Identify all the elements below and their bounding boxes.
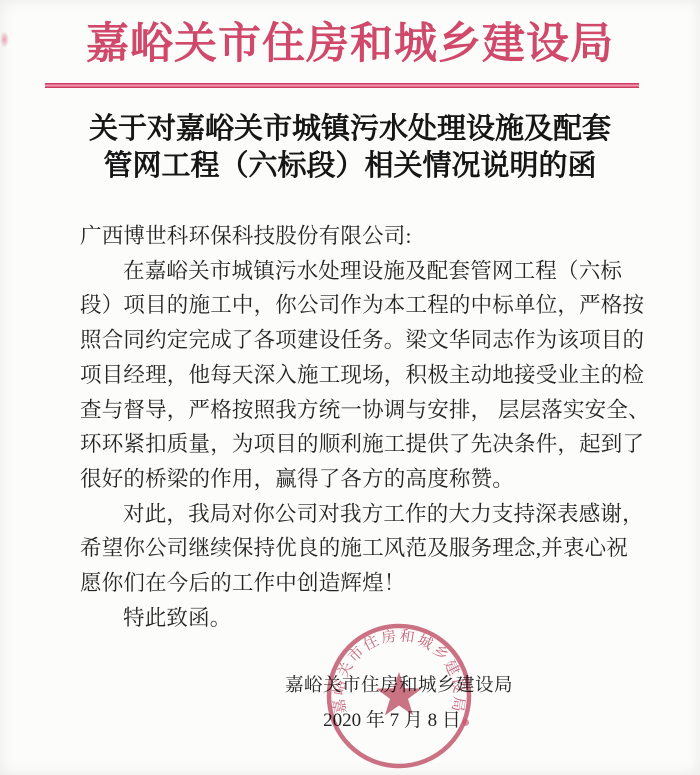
- official-seal-graphic: 嘉峪关市住房和城乡建设局: [323, 620, 475, 772]
- body-line: 广西博世科环保科技股份有限公司:: [80, 219, 620, 254]
- official-letter-page: 嘉峪关市住房和城乡建设局 关于对嘉峪关市城镇污水处理设施及配套 管网工程（六标段…: [0, 0, 700, 775]
- body-line: 很好的桥梁的作用，赢得了各方的高度称赞。: [80, 462, 620, 497]
- document-title-line2: 管网工程（六标段）相关情况说明的函: [0, 148, 700, 185]
- body-line: 希望你公司继续保持优良的施工风范及服务理念,并衷心祝: [80, 531, 620, 566]
- agency-header-title: 嘉峪关市住房和城乡建设局: [0, 0, 700, 68]
- body-line: 照合同约定完成了各项建设任务。梁文华同志作为该项目的: [80, 323, 620, 358]
- official-seal: 嘉峪关市住房和城乡建设局: [323, 620, 475, 772]
- stamp-speckle: [462, 719, 469, 726]
- body-line: 在嘉峪关市城镇污水处理设施及配套管网工程（六标: [80, 254, 620, 289]
- body-line: 愿你们在今后的工作中创造辉煌！: [80, 566, 620, 601]
- scan-smudge: [0, 31, 9, 48]
- seal-star-icon: [376, 672, 422, 715]
- body-line: 查与督导，严格按照我方统一协调与安排， 层层落实安全、: [80, 393, 620, 428]
- document-title-line1: 关于对嘉峪关市城镇污水处理设施及配套: [0, 111, 700, 148]
- body-line: 对此，我局对你公司对我方工作的大力支持深表感谢，: [80, 497, 620, 532]
- body-line: 环环紧扣质量，为项目的顺利施工提供了先决条件，起到了: [80, 427, 620, 462]
- body-text: 广西博世科环保科技股份有限公司:在嘉峪关市城镇污水处理设施及配套管网工程（六标段…: [80, 219, 620, 635]
- header-rule: [45, 83, 639, 88]
- body-line: 项目经理，他每天深入施工现场，积极主动地接受业主的检: [80, 358, 620, 393]
- document-title: 关于对嘉峪关市城镇污水处理设施及配套 管网工程（六标段）相关情况说明的函: [0, 111, 700, 185]
- body-line: 段）项目的施工中，你公司作为本工程的中标单位，严格按: [80, 288, 620, 323]
